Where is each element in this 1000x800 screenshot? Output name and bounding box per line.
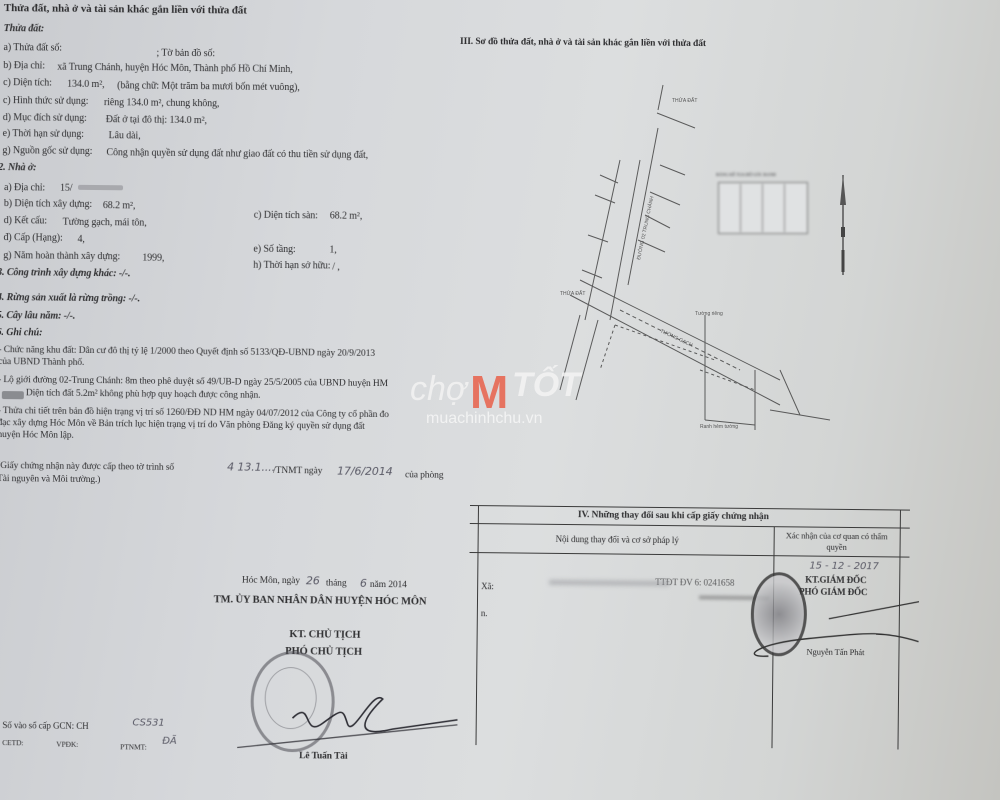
completion-year-label: g) Năm hoàn thành xây dựng:	[3, 250, 120, 262]
section-iii-title: III. Sơ đồ thửa đất, nhà ở và tài sản kh…	[460, 37, 706, 49]
blurred-entry	[549, 580, 669, 586]
canal-label: Ranh hẻm tường	[700, 424, 738, 430]
cetd-label: CETD:	[2, 738, 23, 747]
note-line: Diện tích đất 5.2m² không phù hợp quy ho…	[26, 388, 261, 400]
watermark-url: muachinhchu.vn	[426, 410, 543, 428]
house-address-label: a) Địa chỉ:	[4, 182, 45, 193]
note-line: (Giấy chứng nhận này được cấp theo tờ tr…	[0, 461, 174, 473]
place-date-prefix: Hóc Môn, ngày	[242, 576, 300, 587]
usage-term-value: Lâu dài,	[109, 130, 141, 141]
north-arrow-icon	[838, 175, 848, 275]
area-label: c) Diện tích:	[3, 77, 52, 89]
vpdk-label: VPĐK:	[56, 740, 78, 749]
confirmation-role-1: KT.GIÁM ĐỐC	[805, 575, 866, 586]
month-label: tháng	[326, 578, 347, 588]
lot-label: THỬA ĐẤT	[672, 97, 697, 104]
perennial-trees: 5. Cây lâu năm: -/-.	[0, 310, 75, 322]
structure-label: d) Kết cấu:	[4, 215, 47, 226]
area-value: 134.0 m²,	[67, 79, 105, 90]
note-line: Tài nguyên và Môi trường.)	[0, 474, 100, 485]
ptnmt-label: PTNMT:	[120, 742, 147, 751]
usage-form-label: c) Hình thức sử dụng:	[3, 95, 89, 107]
signer-name: Lê Tuấn Tài	[299, 751, 347, 762]
production-forest: 4. Rừng sản xuất là rừng trồng: -/-.	[0, 292, 140, 304]
section-ii: Thửa đất, nhà ở và tài sản khác gắn liền…	[0, 0, 1000, 10]
watermark-brand-right: TỐT	[512, 366, 580, 405]
submission-number: 4 13.1....	[227, 460, 275, 474]
plot-number-label: a) Thửa đất số:	[3, 42, 62, 54]
address-value: xã Trung Chánh, huyện Hóc Môn, Thành phố…	[57, 62, 292, 75]
note-line: của phòng	[405, 470, 444, 480]
usage-term-label: e) Thời hạn sử dụng:	[3, 128, 84, 140]
wall-label: Tường riêng	[695, 311, 723, 317]
ledger-number: CS531	[132, 717, 164, 728]
note-line: huyện Hóc Môn lập.	[0, 430, 74, 441]
coordinate-table: BẢNG KÊ TỌA ĐỘ GÓC RANH	[718, 182, 808, 234]
floor-area-label: c) Diện tích sàn:	[254, 210, 318, 222]
section-ii-header: Thửa đất, nhà ở và tài sản khác gắn liền…	[4, 2, 247, 17]
floor-area-value: 68.2 m²,	[330, 210, 363, 221]
grade-value: 4,	[77, 234, 84, 245]
section-iv-table: IV. Những thay đổi sau khi cấp giấy chứn…	[467, 505, 910, 755]
ledger-label: Số vào sổ cấp GCN: CH	[2, 720, 88, 731]
coordinate-table-title: BẢNG KÊ TỌA ĐỘ GÓC RANH	[716, 172, 776, 177]
usage-purpose-label: d) Mục đích sử dụng:	[3, 112, 87, 124]
signature-icon	[728, 588, 919, 670]
issue-day: 26	[306, 574, 320, 587]
submission-date: 17/6/2014	[337, 465, 393, 479]
road-label: ĐƯỜNG 02 TRUNG CHÁNH	[635, 195, 655, 260]
floors-value: 1,	[329, 244, 336, 255]
confirmation-date: 15 - 12 - 2017	[809, 561, 879, 573]
signer-role-1: KT. CHỦ TỊCH	[289, 629, 360, 641]
house-heading: 2. Nhà ở:	[0, 162, 36, 173]
signature-icon	[232, 677, 463, 759]
address-label: b) Địa chỉ:	[3, 60, 45, 71]
section-iv-title: IV. Những thay đổi sau khi cấp giấy chứn…	[578, 510, 769, 522]
origin-value: Công nhận quyền sử dụng đất như giao đất…	[106, 147, 368, 161]
ownership-term-value: / ,	[332, 261, 340, 272]
land-plot-diagram: THỬA ĐẤT ĐƯỜNG 02 TRUNG CHÁNH TƯỜNG GẠCH…	[540, 70, 840, 430]
year-label: năm 2014	[370, 580, 407, 590]
watermark-brand-left: chợ	[410, 370, 466, 409]
note-line: /TNMT ngày	[273, 466, 322, 477]
area-in-words: (bằng chữ: Một trăm ba mươi bốn mét vuôn…	[117, 80, 300, 93]
land-plot-heading: Thửa đất:	[4, 23, 44, 34]
row-prefix: Xã:	[481, 581, 494, 591]
map-sheet-label: ; Tờ bản đồ số:	[156, 48, 215, 60]
usage-form-value: riêng 134.0 m², chung không,	[104, 97, 220, 109]
completion-year-value: 1999,	[142, 253, 164, 264]
floors-label: e) Số tầng:	[253, 244, 295, 255]
structure-value: Tường gạch, mái tôn,	[63, 217, 147, 229]
certificate-scan: Thửa đất, nhà ở và tài sản khác gắn liền…	[0, 0, 1000, 800]
column-authority-confirmation: Xác nhận của cơ quan có thẩm quyền	[782, 530, 892, 553]
usage-purpose-value: Đất ở tại đô thị: 134.0 m²,	[106, 114, 207, 126]
grade-label: đ) Cấp (Hạng):	[3, 232, 62, 244]
neighbor-label: THỬA ĐẤT	[560, 290, 585, 297]
other-construction: 3. Công trình xây dựng khác: -/-.	[0, 267, 130, 279]
house-label: TƯỜNG GẠCH	[659, 327, 694, 348]
issuing-authority: TM. ỦY BAN NHÂN DÂN HUYỆN HÓC MÔN	[214, 594, 427, 607]
note-line: - Lộ giới đường 02-Trung Chánh: 8m theo …	[0, 375, 388, 389]
row-prefix: n.	[481, 608, 488, 618]
house-address-value: 15/	[60, 183, 73, 194]
redacted-mark	[78, 185, 123, 190]
ptnmt-mark: ĐÃ	[162, 736, 177, 747]
origin-label: g) Nguồn gốc sử dụng:	[2, 145, 92, 157]
column-change-content: Nội dung thay đổi và cơ sở pháp lý	[556, 534, 679, 545]
confirmation-signer: Nguyễn Tấn Phát	[806, 647, 864, 658]
note-line: của UBND Thành phố.	[0, 357, 84, 368]
issue-month: 6	[360, 577, 367, 590]
building-area-value: 68.2 m²,	[103, 200, 136, 211]
ownership-term-label: h) Thời hạn sở hữu:	[253, 260, 330, 272]
notes-heading: 6. Ghi chú:	[0, 327, 42, 338]
building-area-label: b) Diện tích xây dựng:	[4, 198, 92, 210]
highlight-mark	[2, 391, 24, 399]
